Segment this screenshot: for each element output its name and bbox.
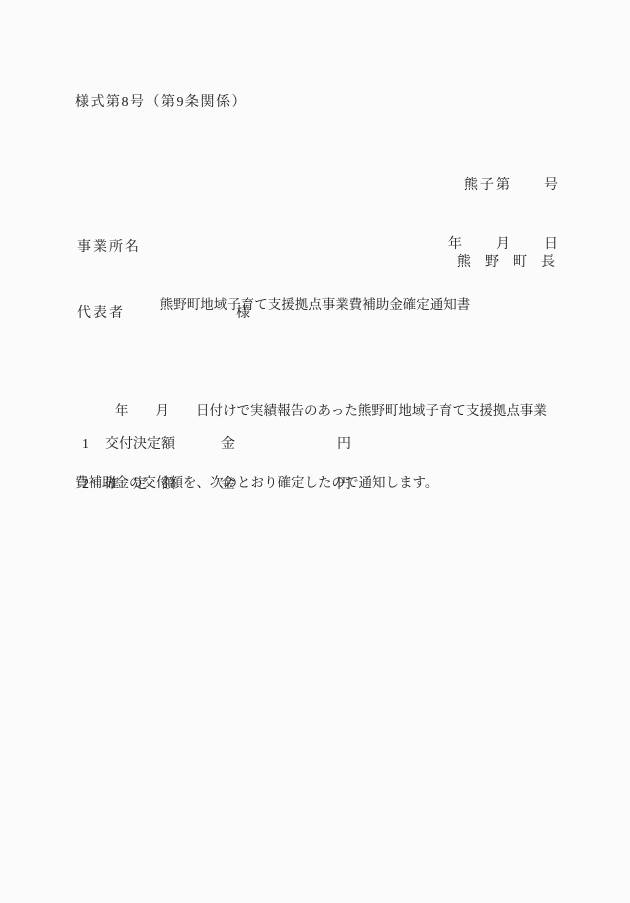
document-page: 様式第8号（第9条関係） 熊子第 号 年 月 日 事業所名 代表者 様 熊 野 … (0, 0, 630, 903)
date-line: 年 月 日 (448, 235, 560, 255)
item-1-label: 交付決定額 (105, 437, 221, 454)
item-2-number: 2 (82, 477, 105, 494)
item-row-confirmed-amount: 2 確 定 額 金 円 (75, 477, 351, 494)
item-2-label: 確 定 額 (105, 477, 221, 494)
doc-number-line: 熊子第 号 (448, 176, 560, 196)
mayor-signature: 熊 野 町 長 (457, 255, 555, 272)
recipient-block: 事業所名 代表者 様 (77, 193, 252, 369)
body-line-1: 年 月 日付けで実績報告のあった熊野町地域子育て支援拠点事業 (75, 399, 547, 423)
item-1-number: 1 (82, 437, 105, 454)
item-2-amount-prefix: 金 (221, 477, 337, 494)
document-title: 熊野町地域子育て支援拠点事業費補助金確定通知書 (0, 297, 630, 313)
item-row-grant-decision: 1 交付決定額 金 円 (75, 437, 351, 454)
item-1-amount-suffix: 円 (337, 437, 351, 454)
office-name-label: 事業所名 (77, 237, 252, 259)
form-number-note: 様式第8号（第9条関係） (75, 95, 247, 112)
item-1-amount-prefix: 金 (221, 437, 337, 454)
item-2-amount-suffix: 円 (337, 477, 351, 494)
